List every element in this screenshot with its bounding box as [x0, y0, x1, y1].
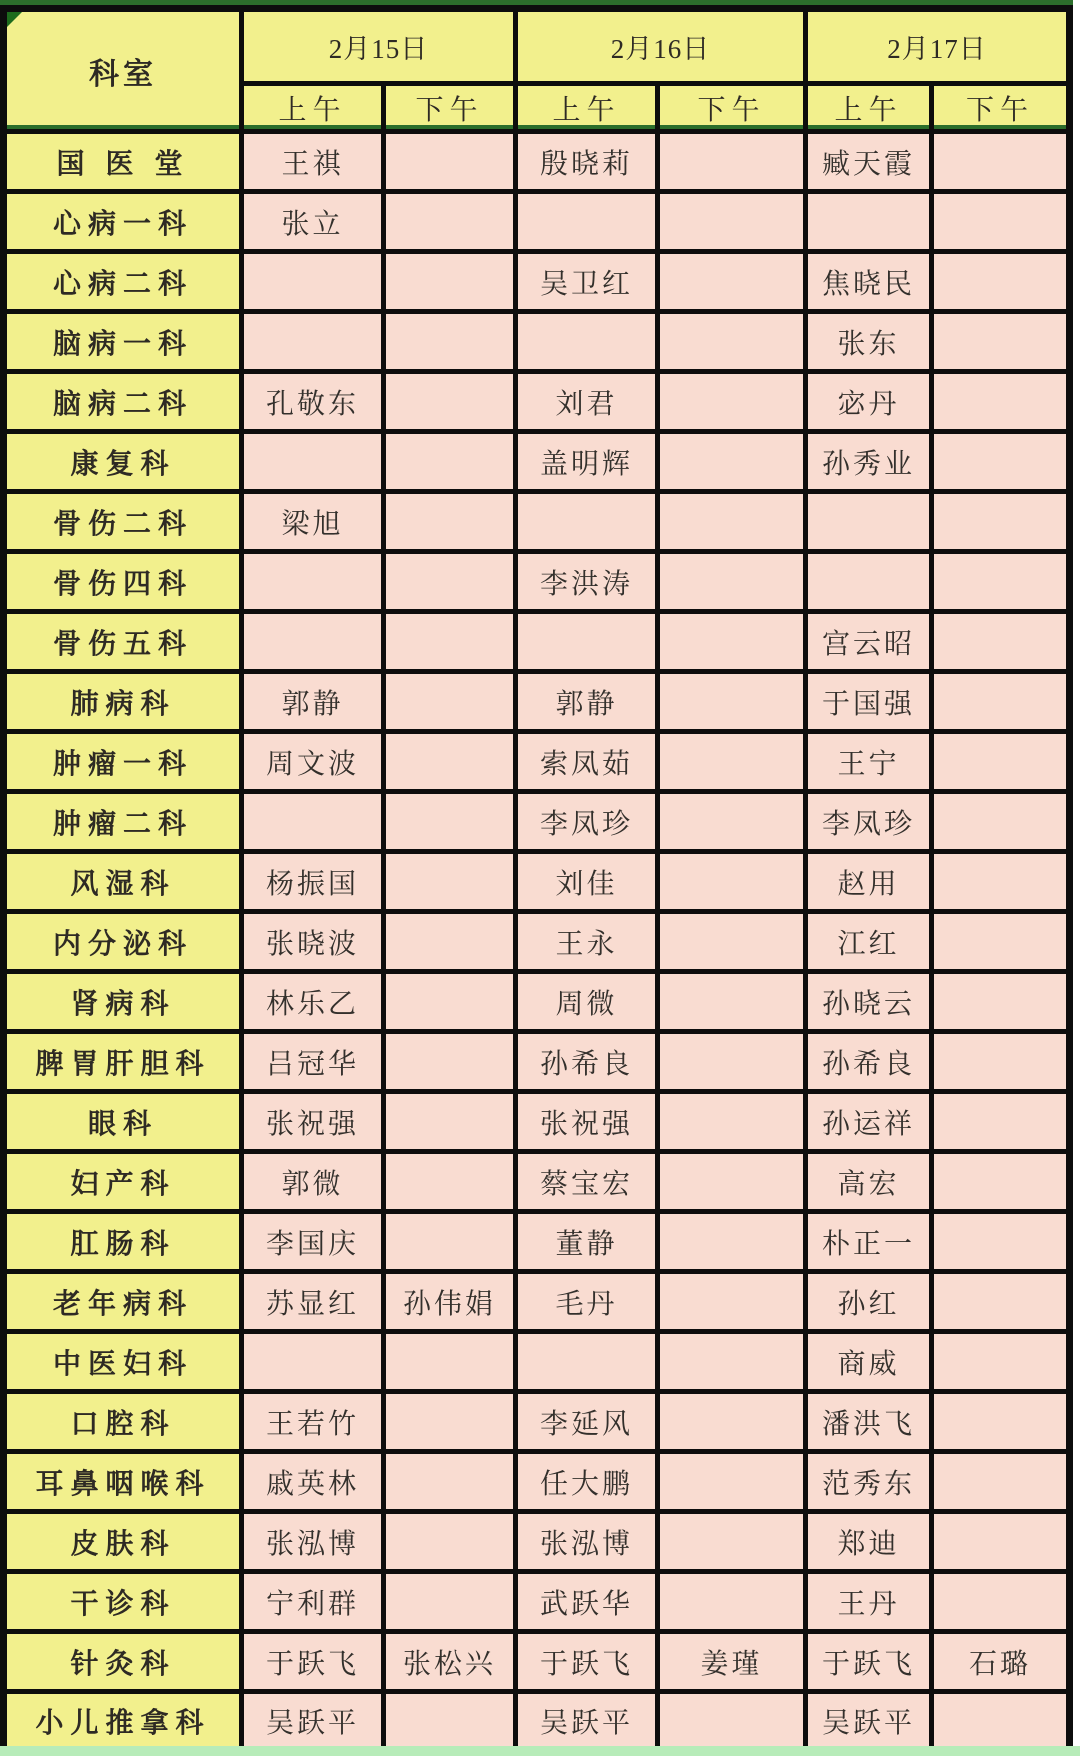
schedule-cell: [658, 1092, 806, 1152]
schedule-cell: [384, 192, 516, 252]
schedule-cell: 张东: [806, 312, 932, 372]
table-row: 脑病二科 孔敬东 刘君 宓丹: [4, 372, 1070, 432]
table-row: 口腔科 王若竹 李延风 潘洪飞: [4, 1392, 1070, 1452]
schedule-cell: 李延风: [516, 1392, 658, 1452]
schedule-cell: [384, 732, 516, 792]
department-label: 康复科: [4, 432, 242, 492]
schedule-cell: [384, 1692, 516, 1752]
schedule-cell: 吴跃平: [242, 1692, 384, 1752]
schedule-cell: [242, 312, 384, 372]
department-label: 内分泌科: [4, 912, 242, 972]
table-row: 眼科 张祝强 张祝强 孙运祥: [4, 1092, 1070, 1152]
schedule-cell: 任大鹏: [516, 1452, 658, 1512]
schedule-cell: [932, 1512, 1070, 1572]
schedule-cell: [384, 1332, 516, 1392]
schedule-cell: [384, 612, 516, 672]
schedule-cell: [658, 132, 806, 192]
schedule-cell: [658, 1692, 806, 1752]
session-header-pm: 下午: [384, 84, 516, 132]
table-row: 心病二科 吴卫红 焦晓民: [4, 252, 1070, 312]
table-row: 小儿推拿科 吴跃平 吴跃平 吴跃平: [4, 1692, 1070, 1752]
schedule-cell: 张松兴: [384, 1632, 516, 1692]
schedule-cell: [384, 372, 516, 432]
schedule-cell: [932, 1212, 1070, 1272]
schedule-cell: 石璐: [932, 1632, 1070, 1692]
schedule-cell: [658, 1152, 806, 1212]
schedule-cell: [242, 552, 384, 612]
session-header-am: 上午: [806, 84, 932, 132]
schedule-cell: 宫云昭: [806, 612, 932, 672]
table-row: 肿瘤一科 周文波 索凤茹 王宁: [4, 732, 1070, 792]
schedule-cell: [932, 972, 1070, 1032]
schedule-cell: 王永: [516, 912, 658, 972]
schedule-cell: [384, 132, 516, 192]
schedule-cell: 张晓波: [242, 912, 384, 972]
schedule-cell: 郑迪: [806, 1512, 932, 1572]
department-label: 口腔科: [4, 1392, 242, 1452]
schedule-body: 国 医 堂 王祺 殷晓莉 臧天霞 心病一科 张立 心病二科 吴卫红 焦晓民 脑病…: [4, 132, 1070, 1752]
schedule-cell: 潘洪飞: [806, 1392, 932, 1452]
department-label: 耳鼻咽喉科: [4, 1452, 242, 1512]
department-label: 心病一科: [4, 192, 242, 252]
schedule-cell: [242, 1332, 384, 1392]
schedule-cell: [932, 1032, 1070, 1092]
schedule-cell: [658, 1032, 806, 1092]
schedule-cell: [932, 312, 1070, 372]
schedule-cell: 周微: [516, 972, 658, 1032]
schedule-cell: [932, 852, 1070, 912]
schedule-cell: [932, 1572, 1070, 1632]
department-label: 干诊科: [4, 1572, 242, 1632]
schedule-cell: [932, 252, 1070, 312]
date-header-row: 科室 2月15日 2月16日 2月17日: [4, 9, 1070, 84]
schedule-cell: 孙晓云: [806, 972, 932, 1032]
department-label: 风湿科: [4, 852, 242, 912]
schedule-cell: 张立: [242, 192, 384, 252]
department-label: 肾病科: [4, 972, 242, 1032]
schedule-cell: [658, 1392, 806, 1452]
schedule-cell: 张泓博: [242, 1512, 384, 1572]
schedule-cell: [384, 432, 516, 492]
schedule-cell: [932, 132, 1070, 192]
table-row: 肾病科 林乐乙 周微 孙晓云: [4, 972, 1070, 1032]
schedule-cell: 蔡宝宏: [516, 1152, 658, 1212]
table-row: 皮肤科 张泓博 张泓博 郑迪: [4, 1512, 1070, 1572]
table-row: 耳鼻咽喉科 戚英林 任大鹏 范秀东: [4, 1452, 1070, 1512]
schedule-cell: 殷晓莉: [516, 132, 658, 192]
schedule-cell: [806, 192, 932, 252]
department-label: 国 医 堂: [4, 132, 242, 192]
table-row: 骨伤五科 宫云昭: [4, 612, 1070, 672]
table-row: 脑病一科 张东: [4, 312, 1070, 372]
schedule-cell: [384, 672, 516, 732]
schedule-cell: [658, 192, 806, 252]
corner-marker-icon: [7, 12, 22, 27]
schedule-cell: 索凤茹: [516, 732, 658, 792]
schedule-cell: [384, 1212, 516, 1272]
session-header-pm: 下午: [658, 84, 806, 132]
department-label: 脑病二科: [4, 372, 242, 432]
schedule-cell: [658, 732, 806, 792]
department-label: 脑病一科: [4, 312, 242, 372]
schedule-cell: 臧天霞: [806, 132, 932, 192]
department-label: 心病二科: [4, 252, 242, 312]
session-header-am: 上午: [516, 84, 658, 132]
schedule-cell: [658, 1332, 806, 1392]
session-header-am: 上午: [242, 84, 384, 132]
department-label: 肺病科: [4, 672, 242, 732]
schedule-cell: [932, 1332, 1070, 1392]
schedule-cell: [658, 312, 806, 372]
schedule-cell: [658, 1512, 806, 1572]
schedule-cell: 吕冠华: [242, 1032, 384, 1092]
schedule-cell: [932, 192, 1070, 252]
department-label: 骨伤二科: [4, 492, 242, 552]
schedule-cell: [806, 552, 932, 612]
table-row: 脾胃肝胆科 吕冠华 孙希良 孙希良: [4, 1032, 1070, 1092]
schedule-cell: [932, 1452, 1070, 1512]
date-header-feb16: 2月16日: [516, 9, 806, 84]
department-column-header: 科室: [4, 9, 242, 132]
table-row: 骨伤二科 梁旭: [4, 492, 1070, 552]
department-label: 骨伤四科: [4, 552, 242, 612]
table-row: 中医妇科 商威: [4, 1332, 1070, 1392]
schedule-cell: [932, 1152, 1070, 1212]
schedule-cell: 董静: [516, 1212, 658, 1272]
schedule-cell: [384, 792, 516, 852]
schedule-cell: [658, 672, 806, 732]
table-row: 内分泌科 张晓波 王永 江红: [4, 912, 1070, 972]
schedule-cell: [658, 552, 806, 612]
department-label: 中医妇科: [4, 1332, 242, 1392]
duty-schedule-table: 科室 2月15日 2月16日 2月17日 上午 下午 上午 下午 上午 下午 国…: [0, 5, 1073, 1755]
schedule-cell: [384, 1092, 516, 1152]
bottom-accent-strip: [0, 1746, 1080, 1756]
schedule-cell: 孙运祥: [806, 1092, 932, 1152]
schedule-cell: [932, 912, 1070, 972]
schedule-cell: 王丹: [806, 1572, 932, 1632]
table-row: 肛肠科 李国庆 董静 朴正一: [4, 1212, 1070, 1272]
schedule-cell: 朴正一: [806, 1212, 932, 1272]
department-label: 针灸科: [4, 1632, 242, 1692]
session-header-pm: 下午: [932, 84, 1070, 132]
department-label: 骨伤五科: [4, 612, 242, 672]
table-row: 妇产科 郭微 蔡宝宏 高宏: [4, 1152, 1070, 1212]
schedule-cell: [516, 492, 658, 552]
schedule-cell: 宁利群: [242, 1572, 384, 1632]
schedule-cell: 焦晓民: [806, 252, 932, 312]
schedule-cell: [384, 252, 516, 312]
schedule-cell: 吴跃平: [806, 1692, 932, 1752]
schedule-cell: [806, 492, 932, 552]
schedule-cell: 李洪涛: [516, 552, 658, 612]
schedule-cell: [242, 432, 384, 492]
schedule-cell: 姜瑾: [658, 1632, 806, 1692]
schedule-cell: 李凤珍: [806, 792, 932, 852]
schedule-cell: [384, 1032, 516, 1092]
schedule-cell: [384, 1452, 516, 1512]
schedule-cell: 李国庆: [242, 1212, 384, 1272]
schedule-cell: [932, 432, 1070, 492]
schedule-cell: 孙伟娟: [384, 1272, 516, 1332]
schedule-cell: [384, 312, 516, 372]
table-row: 风湿科 杨振国 刘佳 赵用: [4, 852, 1070, 912]
schedule-cell: [658, 1212, 806, 1272]
schedule-cell: [242, 252, 384, 312]
schedule-cell: 杨振国: [242, 852, 384, 912]
department-label: 皮肤科: [4, 1512, 242, 1572]
schedule-cell: [384, 552, 516, 612]
schedule-cell: [384, 1392, 516, 1452]
schedule-cell: 宓丹: [806, 372, 932, 432]
schedule-cell: [658, 1272, 806, 1332]
schedule-cell: 戚英林: [242, 1452, 384, 1512]
schedule-cell: [658, 492, 806, 552]
schedule-cell: 于跃飞: [242, 1632, 384, 1692]
schedule-cell: 郭微: [242, 1152, 384, 1212]
schedule-cell: [932, 1092, 1070, 1152]
department-label: 小儿推拿科: [4, 1692, 242, 1752]
schedule-cell: [384, 492, 516, 552]
schedule-cell: [658, 972, 806, 1032]
schedule-cell: 刘君: [516, 372, 658, 432]
schedule-cell: 商威: [806, 1332, 932, 1392]
schedule-cell: 张祝强: [516, 1092, 658, 1152]
schedule-cell: 刘佳: [516, 852, 658, 912]
schedule-cell: 于跃飞: [806, 1632, 932, 1692]
schedule-cell: [516, 612, 658, 672]
schedule-cell: 于国强: [806, 672, 932, 732]
schedule-cell: [932, 732, 1070, 792]
corner-label: 科室: [89, 58, 157, 91]
schedule-cell: 郭静: [516, 672, 658, 732]
table-row: 国 医 堂 王祺 殷晓莉 臧天霞: [4, 132, 1070, 192]
schedule-cell: [932, 1392, 1070, 1452]
schedule-cell: 王祺: [242, 132, 384, 192]
table-row: 康复科 盖明辉 孙秀业: [4, 432, 1070, 492]
schedule-cell: 周文波: [242, 732, 384, 792]
schedule-cell: [658, 1572, 806, 1632]
schedule-cell: [384, 1572, 516, 1632]
schedule-cell: [658, 432, 806, 492]
department-label: 肿瘤一科: [4, 732, 242, 792]
schedule-page: 科室 2月15日 2月16日 2月17日 上午 下午 上午 下午 上午 下午 国…: [0, 0, 1080, 1756]
schedule-cell: 盖明辉: [516, 432, 658, 492]
schedule-cell: [384, 1152, 516, 1212]
schedule-cell: 毛丹: [516, 1272, 658, 1332]
schedule-cell: [658, 792, 806, 852]
schedule-cell: [384, 972, 516, 1032]
schedule-cell: 江红: [806, 912, 932, 972]
schedule-cell: [932, 492, 1070, 552]
schedule-cell: 吴卫红: [516, 252, 658, 312]
schedule-cell: [658, 372, 806, 432]
department-label: 肛肠科: [4, 1212, 242, 1272]
schedule-cell: [516, 312, 658, 372]
schedule-cell: 武跃华: [516, 1572, 658, 1632]
schedule-cell: [658, 252, 806, 312]
schedule-cell: 张祝强: [242, 1092, 384, 1152]
schedule-cell: [658, 612, 806, 672]
department-label: 肿瘤二科: [4, 792, 242, 852]
schedule-cell: [658, 912, 806, 972]
schedule-cell: 赵用: [806, 852, 932, 912]
schedule-cell: 范秀东: [806, 1452, 932, 1512]
schedule-cell: [242, 612, 384, 672]
department-label: 眼科: [4, 1092, 242, 1152]
schedule-cell: 张泓博: [516, 1512, 658, 1572]
schedule-cell: 苏显红: [242, 1272, 384, 1332]
schedule-cell: 孙秀业: [806, 432, 932, 492]
table-row: 肺病科 郭静 郭静 于国强: [4, 672, 1070, 732]
schedule-cell: [516, 1332, 658, 1392]
schedule-cell: [384, 852, 516, 912]
schedule-cell: 吴跃平: [516, 1692, 658, 1752]
table-row: 老年病科 苏显红 孙伟娟 毛丹 孙红: [4, 1272, 1070, 1332]
schedule-cell: [932, 792, 1070, 852]
schedule-cell: 孔敬东: [242, 372, 384, 432]
table-row: 肿瘤二科 李凤珍 李凤珍: [4, 792, 1070, 852]
schedule-cell: [932, 372, 1070, 432]
schedule-cell: 林乐乙: [242, 972, 384, 1032]
table-row: 针灸科 于跃飞 张松兴 于跃飞 姜瑾 于跃飞 石璐: [4, 1632, 1070, 1692]
schedule-cell: [932, 1272, 1070, 1332]
schedule-cell: [384, 912, 516, 972]
schedule-cell: [932, 1692, 1070, 1752]
schedule-cell: [932, 612, 1070, 672]
schedule-cell: [384, 1512, 516, 1572]
schedule-cell: [932, 672, 1070, 732]
schedule-cell: 高宏: [806, 1152, 932, 1212]
schedule-cell: 于跃飞: [516, 1632, 658, 1692]
table-row: 干诊科 宁利群 武跃华 王丹: [4, 1572, 1070, 1632]
schedule-cell: 王若竹: [242, 1392, 384, 1452]
date-header-feb15: 2月15日: [242, 9, 516, 84]
date-header-feb17: 2月17日: [806, 9, 1070, 84]
schedule-cell: 梁旭: [242, 492, 384, 552]
schedule-cell: [658, 1452, 806, 1512]
schedule-cell: 李凤珍: [516, 792, 658, 852]
schedule-cell: 孙红: [806, 1272, 932, 1332]
table-row: 心病一科 张立: [4, 192, 1070, 252]
schedule-cell: 郭静: [242, 672, 384, 732]
schedule-cell: 孙希良: [806, 1032, 932, 1092]
department-label: 脾胃肝胆科: [4, 1032, 242, 1092]
schedule-cell: [932, 552, 1070, 612]
department-label: 老年病科: [4, 1272, 242, 1332]
schedule-cell: 王宁: [806, 732, 932, 792]
table-row: 骨伤四科 李洪涛: [4, 552, 1070, 612]
schedule-cell: [658, 852, 806, 912]
department-label: 妇产科: [4, 1152, 242, 1212]
schedule-cell: 孙希良: [516, 1032, 658, 1092]
schedule-cell: [516, 192, 658, 252]
schedule-cell: [242, 792, 384, 852]
